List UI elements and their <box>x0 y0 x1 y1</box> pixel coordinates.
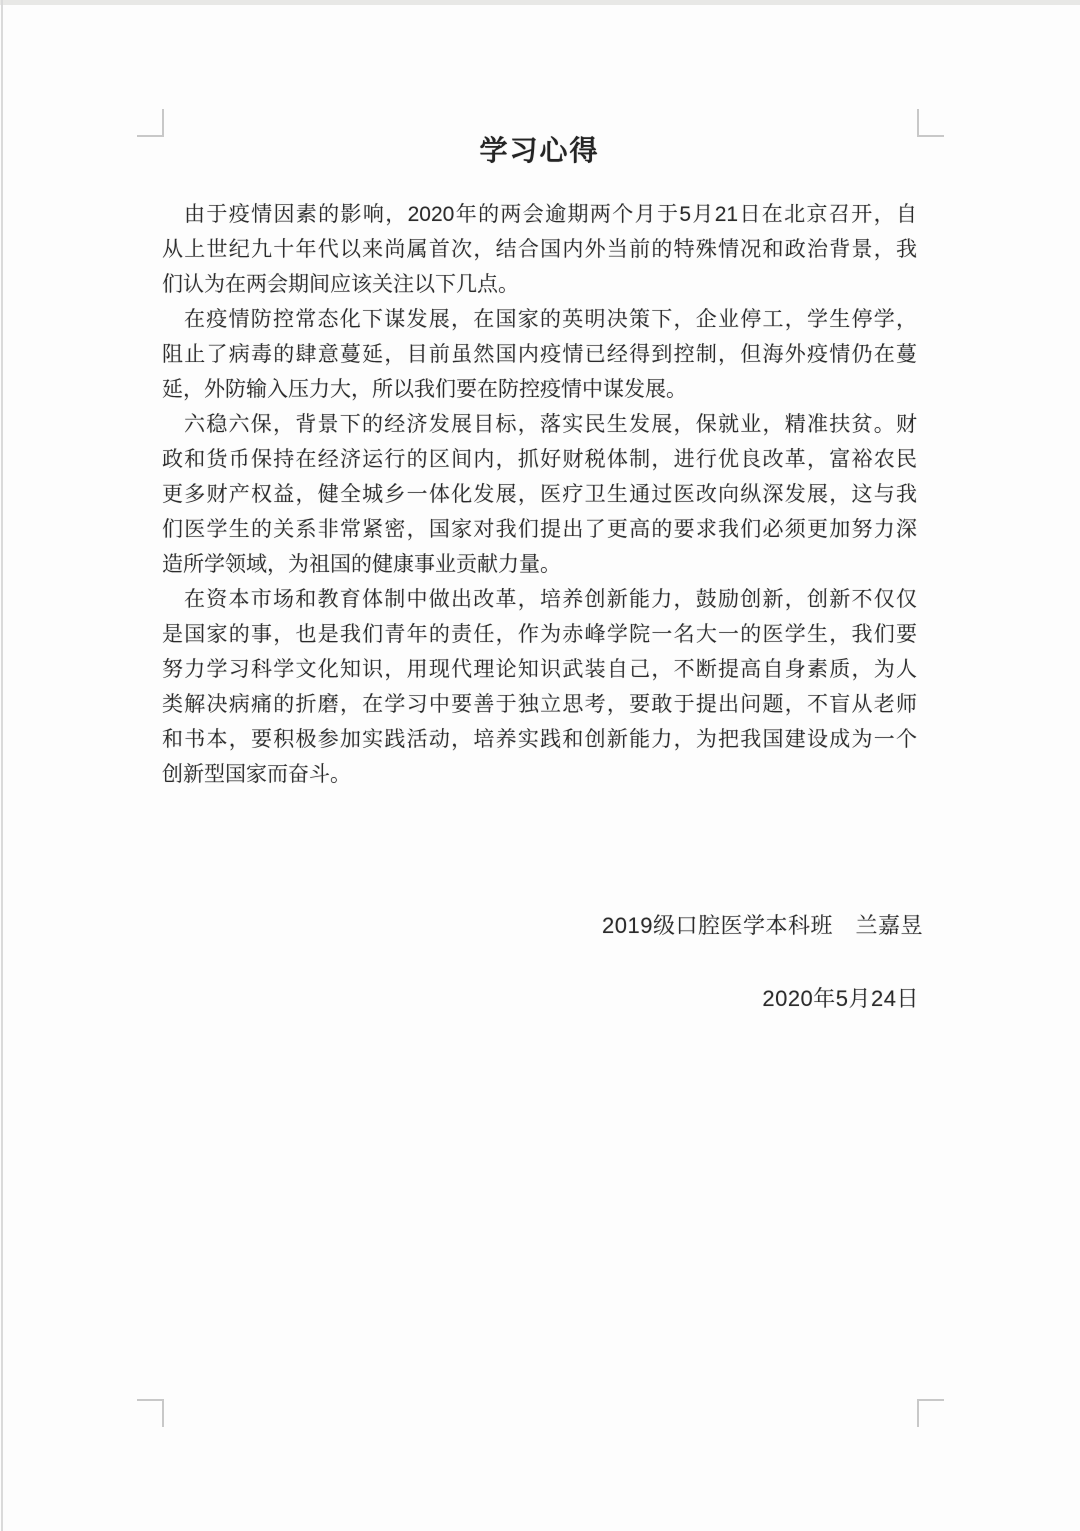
body-line: 类解决病痛的折磨，在学习中要善于独立思考，要敢于提出问题，不盲从老师 <box>162 687 917 722</box>
body-line: 从上世纪九十年代以来尚属首次，结合国内外当前的特殊情况和政治背景，我 <box>162 232 917 267</box>
body-line: 在资本市场和教育体制中做出改革，培养创新能力，鼓励创新，创新不仅仅 <box>162 582 917 617</box>
body-line: 创新型国家而奋斗。 <box>162 757 917 792</box>
text-boundary-mark-top-right <box>917 109 944 137</box>
body-line: 六稳六保，背景下的经济发展目标，落实民生发展，保就业，精准扶贫。财 <box>162 407 917 442</box>
signature-line: 2019级口腔医学本科班 兰嘉昱 <box>162 908 923 943</box>
body-line: 造所学领域，为祖国的健康事业贡献力量。 <box>162 547 917 582</box>
text-boundary-mark-top-left <box>137 109 164 137</box>
document-page: 学习心得 由于疫情因素的影响，2020年的两会逾期两个月于5月21日在北京召开，… <box>0 0 1080 1531</box>
body-line: 们认为在两会期间应该关注以下几点。 <box>162 267 917 302</box>
scan-edge-left <box>1 0 3 1531</box>
body-line: 和书本，要积极参加实践活动，培养实践和创新能力，为把我国建设成为一个 <box>162 722 917 757</box>
body-line: 阻止了病毒的肆意蔓延，目前虽然国内疫情已经得到控制，但海外疫情仍在蔓 <box>162 337 917 372</box>
body-line: 们医学生的关系非常紧密，国家对我们提出了更高的要求我们必须更加努力深 <box>162 512 917 547</box>
page-title: 学习心得 <box>162 130 917 172</box>
body-line: 是国家的事，也是我们青年的责任，作为赤峰学院一名大一的医学生，我们要 <box>162 617 917 652</box>
scan-edge-top <box>0 0 1080 5</box>
text-boundary-mark-bottom-right <box>917 1399 944 1427</box>
body-line: 政和货币保持在经济运行的区间内，抓好财税体制，进行优良改革，富裕农民 <box>162 442 917 477</box>
body-line: 由于疫情因素的影响，2020年的两会逾期两个月于5月21日在北京召开，自 <box>162 197 917 232</box>
body-line: 更多财产权益，健全城乡一体化发展，医疗卫生通过医改向纵深发展，这与我 <box>162 477 917 512</box>
body-line: 努力学习科学文化知识，用现代理论知识武装自己，不断提高自身素质，为人 <box>162 652 917 687</box>
text-boundary-mark-bottom-left <box>137 1399 164 1427</box>
document-body: 由于疫情因素的影响，2020年的两会逾期两个月于5月21日在北京召开，自从上世纪… <box>162 197 917 792</box>
body-line: 在疫情防控常态化下谋发展，在国家的英明决策下，企业停工，学生停学， <box>162 302 917 337</box>
date-line: 2020年5月24日 <box>162 981 919 1016</box>
body-line: 延，外防输入压力大，所以我们要在防控疫情中谋发展。 <box>162 372 917 407</box>
